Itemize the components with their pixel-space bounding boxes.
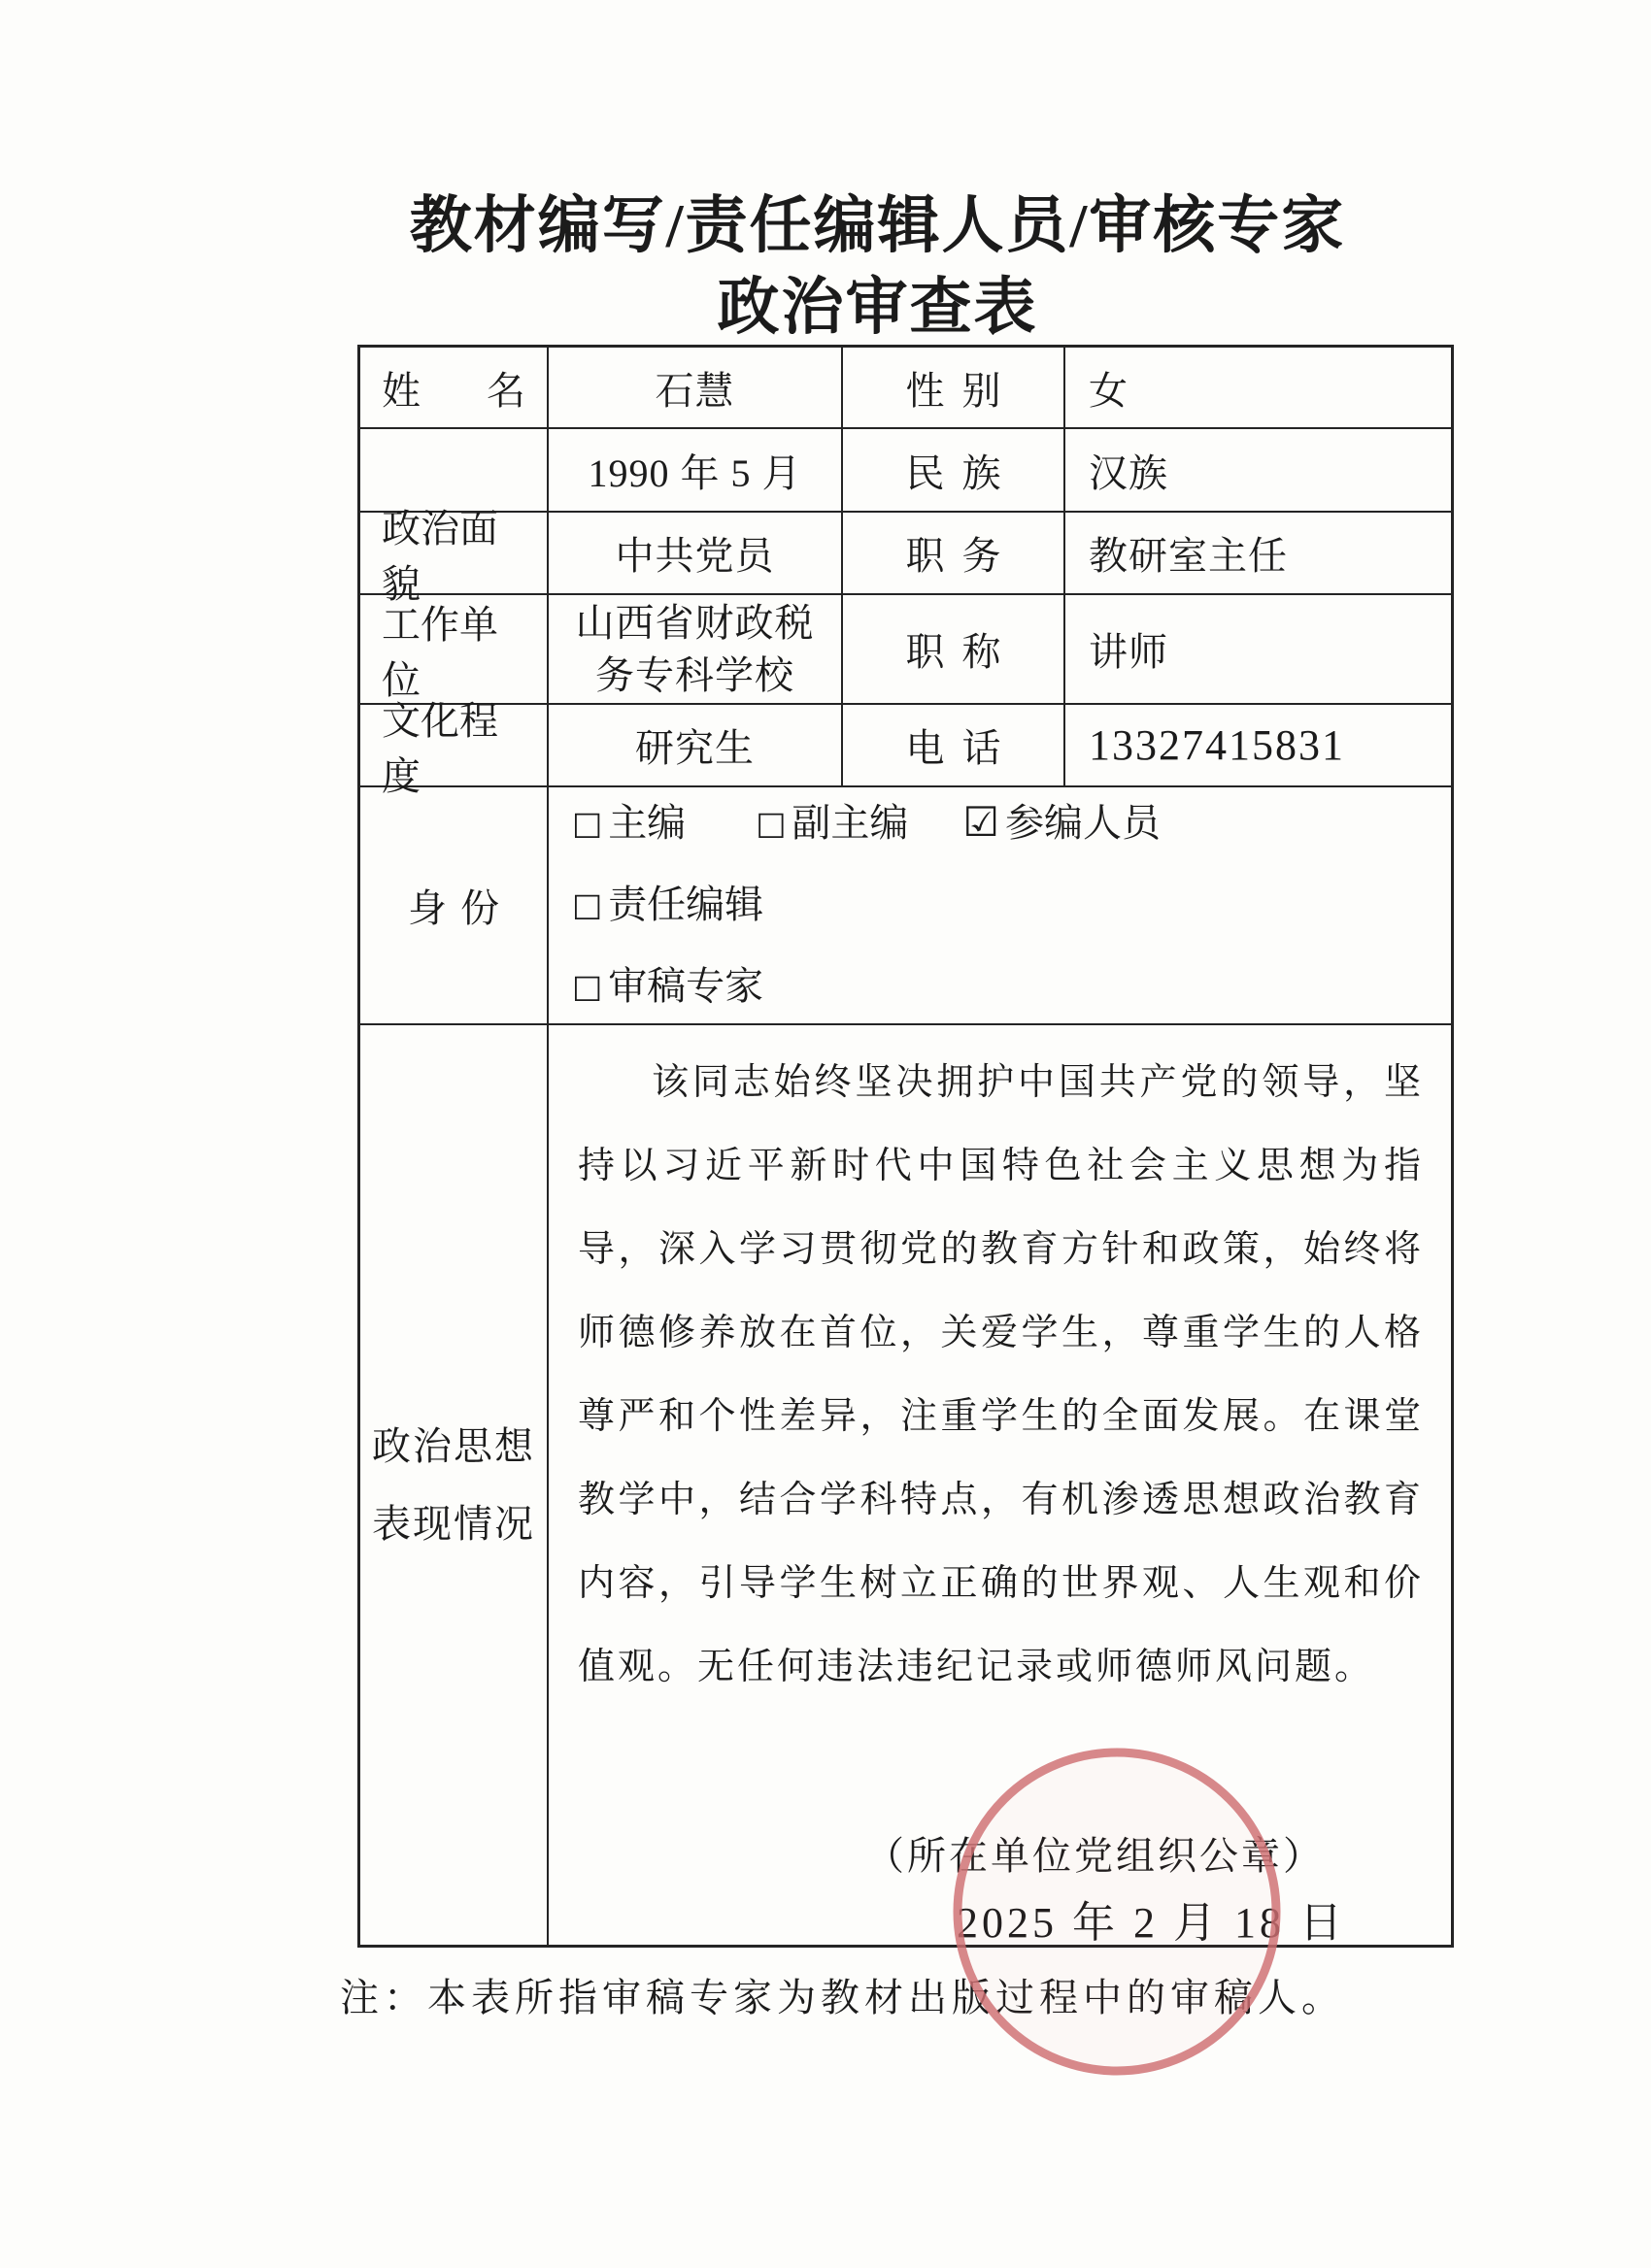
identity-line-1: □主编 □副主编 ☑参编人员 (572, 783, 1161, 865)
field-label-education: 文化程度 (360, 705, 549, 787)
political-review-form-page: 教材编写/责任编辑人员/审核专家 政治审查表 姓名 石慧 性别 女 1990 年… (0, 0, 1651, 2268)
field-value-phone: 13327415831 (1065, 705, 1451, 787)
footnote: 注：本表所指审稿专家为教材出版过程中的审稿人。 (340, 1967, 1345, 2022)
field-label-phone: 电话 (843, 705, 1065, 787)
checkbox-option-responsible-editor[interactable]: □责任编辑 (572, 865, 763, 947)
identity-line-3: □审稿专家 (572, 947, 763, 1028)
checkbox-unchecked-icon[interactable]: □ (572, 947, 602, 1026)
political-thought-paragraph: 该同志始终坚决拥护中国共产党的领导，坚持以习近平新时代中国特色社会主义思想为指导… (549, 1025, 1451, 1709)
field-label-political-thought: 政治思想 表现情况 (360, 1025, 549, 1945)
field-label-ethnicity: 民族 (843, 429, 1065, 513)
field-label-name: 姓名 (360, 348, 549, 429)
field-label-political-status: 政治面貌 (360, 513, 549, 595)
political-thought-content: 该同志始终坚决拥护中国共产党的领导，坚持以习近平新时代中国特色社会主义思想为指导… (549, 1025, 1451, 1945)
review-form-table: 姓名 石慧 性别 女 1990 年 5 月 民族 汉族 政治面貌 中共党员 职务… (357, 345, 1454, 1948)
field-value-name: 石慧 (549, 348, 843, 429)
checkbox-unchecked-icon[interactable]: □ (756, 784, 786, 863)
checkbox-option-chief-editor[interactable]: □主编 (572, 784, 686, 865)
label-name-char2: 名 (487, 360, 525, 416)
field-value-position: 教研室主任 (1065, 513, 1451, 595)
checkbox-unchecked-icon[interactable]: □ (572, 865, 602, 945)
field-label-work-unit: 工作单位 (360, 595, 549, 705)
form-title-line1: 教材编写/责任编辑人员/审核专家 (328, 185, 1427, 267)
seal-caption: （所在单位党组织公章） (865, 1825, 1325, 1881)
field-value-gender: 女 (1065, 348, 1451, 429)
field-value-work-unit: 山西省财政税务专科学校 (549, 595, 843, 705)
field-label-position: 职务 (843, 513, 1065, 595)
field-value-birthdate: 1990 年 5 月 (549, 429, 843, 513)
signature-date: 2025 年 2 月 18 日 (957, 1887, 1346, 1950)
field-value-ethnicity: 汉族 (1065, 429, 1451, 513)
field-label-title: 职称 (843, 595, 1065, 705)
field-value-title: 讲师 (1065, 595, 1451, 705)
form-title: 教材编写/责任编辑人员/审核专家 政治审查表 (328, 185, 1427, 349)
checkbox-option-review-expert[interactable]: □审稿专家 (572, 947, 763, 1028)
field-label-gender: 性别 (843, 348, 1065, 429)
checkbox-unchecked-icon[interactable]: □ (572, 784, 602, 863)
form-title-line2: 政治审查表 (328, 267, 1427, 349)
identity-line-2: □责任编辑 (572, 865, 763, 947)
field-value-education: 研究生 (549, 705, 843, 787)
field-value-political-status: 中共党员 (549, 513, 843, 595)
field-label-identity: 身份 (360, 787, 549, 1025)
checkbox-option-contributor[interactable]: ☑参编人员 (962, 783, 1161, 863)
checkbox-option-deputy-editor[interactable]: □副主编 (756, 784, 908, 865)
checkbox-checked-icon[interactable]: ☑ (962, 783, 999, 862)
identity-options-group: □主编 □副主编 ☑参编人员 □责任编辑 □审稿专家 (549, 787, 1451, 1025)
